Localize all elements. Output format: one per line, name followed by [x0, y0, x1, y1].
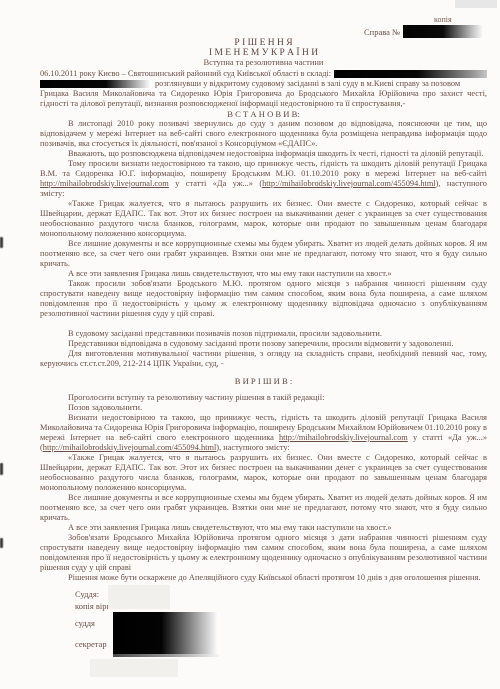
- judge-name-redaction-bar: [334, 70, 487, 78]
- subtitle-operative-part: Вступна та резолютивна частини: [40, 58, 487, 67]
- copy-stamp: копія: [434, 15, 452, 24]
- hyperlink-text: http://mihailobrodskiy.livejournal.com: [40, 179, 169, 188]
- document-page: копія Справа № Р І Ш Е Н Н Я І М Е Н Е М…: [0, 0, 500, 689]
- scan-artifact-corner: [455, 0, 497, 8]
- paragraph: Все лишние документы и все коррупционные…: [40, 239, 487, 269]
- paragraph: «Также Грицак жалуется, что я пытаюсь ра…: [40, 453, 487, 493]
- established-heading: В С Т А Н О В И В:: [40, 109, 487, 119]
- paragraph: Позов задовольнити.: [40, 403, 487, 413]
- case-number-row: Справа №: [364, 25, 483, 38]
- scan-speck: [0, 538, 3, 548]
- judge-signature-label: Суддя:: [75, 589, 99, 599]
- paragraph: Зобов'язати Бродського Михайла Юрійовича…: [40, 533, 487, 573]
- signature-redaction-box: [113, 612, 221, 654]
- decided-section: Проголосити вступну та резолютивну части…: [40, 393, 487, 583]
- intro-court-line: 06.10.2011 року Києво – Святошинський ра…: [40, 69, 331, 79]
- hyperlink-text: http://mihailobrodskiy.livejournal.com: [279, 433, 408, 442]
- document-body: 06.10.2011 року Києво – Святошинський ра…: [40, 69, 487, 583]
- intro-line-2: розглянувши у відкритому судовому засіда…: [40, 79, 487, 89]
- title-decision: Р І Ш Е Н Н Я: [40, 38, 487, 48]
- paragraph: Вважають, що розповсюджена відповідачем …: [40, 149, 487, 159]
- secretary-line-label: секретар: [75, 639, 107, 649]
- paragraph: В листопаді 2010 року позивачі звернулис…: [40, 119, 487, 149]
- case-number-redaction-bar: [403, 25, 483, 38]
- intro-line-1: 06.10.2011 року Києво – Святошинський ра…: [40, 69, 487, 79]
- secretary-name-redaction-bar: [40, 80, 150, 88]
- paragraph: Для виготовлення мотивувальної частини р…: [40, 349, 487, 369]
- paragraph: Тому просили визнати недостовірною та та…: [40, 159, 487, 199]
- paragraph: В судовому засіданні представники позива…: [40, 329, 487, 339]
- paragraph: А все эти заявления Грицака лишь свидете…: [40, 269, 487, 279]
- scan-smudge: [90, 659, 178, 677]
- paragraph: А все эти заявления Грицака лишь свидете…: [40, 523, 487, 533]
- scan-smudge: [108, 585, 170, 609]
- intro-parties-line: Грицака Василя Миколайовича та Сидоренко…: [40, 89, 487, 109]
- established-section: В листопаді 2010 року позивачі звернулис…: [40, 119, 487, 369]
- scan-speck: [0, 463, 3, 475]
- paragraph: Також просили зобов'язати Бродського М.Ю…: [40, 279, 487, 319]
- decided-heading: В И Р І Ш И В :: [40, 376, 487, 386]
- paragraph: Визнати недостовірною та такою, що прини…: [40, 413, 487, 453]
- paragraph: Все лишние документы и все коррупционные…: [40, 493, 487, 523]
- paragraph: «Также Грицак жалуется, что я пытаюсь ра…: [40, 199, 487, 239]
- paragraph: Проголосити вступну та резолютивну части…: [40, 393, 487, 403]
- intro-hearing-line: розглянувши у відкритому судовому засіда…: [155, 79, 487, 89]
- case-number-label: Справа №: [364, 27, 400, 37]
- document-content: Р І Ш Е Н Н Я І М Е Н Е М У К Р А Ї Н И …: [0, 0, 500, 583]
- judge-line-label: суддя: [75, 618, 95, 628]
- hyperlink-text: http://mihailobrodskiy.livejournal.com/4…: [262, 179, 436, 188]
- paragraph: Рішення може бути оскаржене до Апеляційн…: [40, 573, 487, 583]
- scan-speck: [0, 237, 3, 248]
- paragraph: Представники відповідача в судовому засі…: [40, 339, 487, 349]
- hyperlink-text: http://mihailobrodskiy.livejournal.com/4…: [43, 443, 217, 452]
- signature-redaction-shadow: [113, 654, 219, 657]
